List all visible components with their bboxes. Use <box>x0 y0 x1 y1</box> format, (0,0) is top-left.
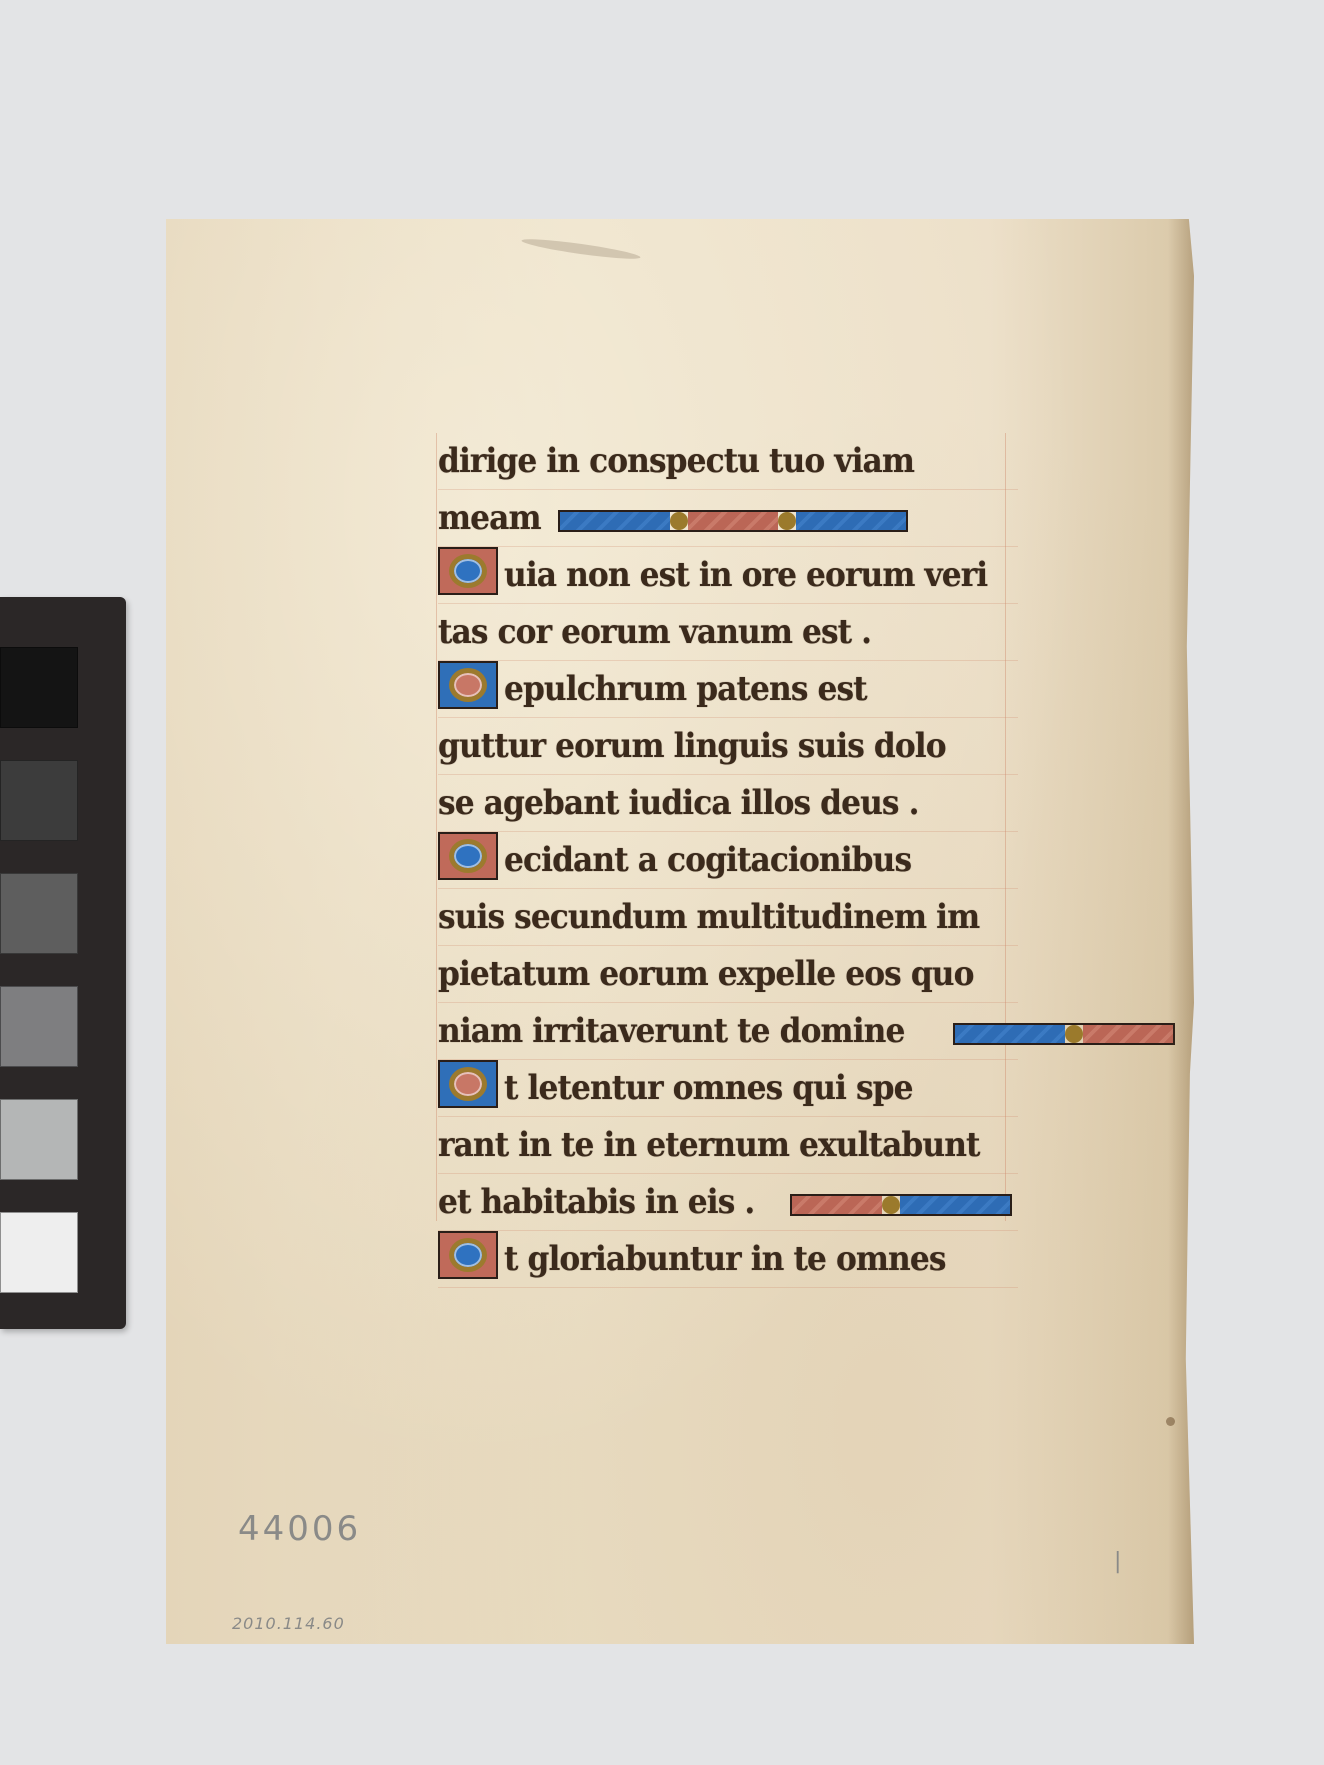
manuscript-line: tas cor eorum vanum est . <box>438 604 1018 661</box>
initial-gold-letterform-icon <box>449 1067 487 1101</box>
manuscript-line: uia non est in ore eorum veri <box>438 547 1018 604</box>
line-filler-ornament <box>558 510 908 532</box>
initial-gold-letterform-icon <box>449 1238 487 1272</box>
illuminated-initial-s <box>438 661 498 709</box>
scale-patch-mid-dark-grey <box>0 873 78 954</box>
manuscript-leaf: dirige in conspectu tuo viammeamuia non … <box>166 219 1194 1644</box>
manuscript-line: t letentur omnes qui spe <box>438 1060 1018 1117</box>
pencil-margin-mark: | <box>1114 1549 1121 1574</box>
illuminated-initial-d <box>438 832 498 880</box>
manuscript-line-text: t letentur omnes qui spe <box>504 1068 913 1108</box>
illuminated-initial-e <box>438 1060 498 1108</box>
manuscript-line-text: se agebant iudica illos deus . <box>438 783 919 823</box>
manuscript-line-text: ecidant a cogitacionibus <box>504 840 911 880</box>
initial-gold-letterform-icon <box>449 839 487 873</box>
pencil-object-number: 2010.114.60 <box>232 1614 345 1633</box>
manuscript-line: t gloriabuntur in te omnes <box>438 1231 1018 1288</box>
manuscript-line-text: suis secundum multitudinem im <box>438 897 979 937</box>
illuminated-initial-q <box>438 547 498 595</box>
manuscript-text-block: dirige in conspectu tuo viammeamuia non … <box>438 433 1018 1288</box>
manuscript-line-text: t gloriabuntur in te omnes <box>504 1239 946 1279</box>
illuminated-initial-e <box>438 1231 498 1279</box>
greyscale-calibration-card <box>0 597 126 1329</box>
manuscript-line: dirige in conspectu tuo viam <box>438 433 1018 490</box>
manuscript-line-text: niam irritaverunt te domine <box>438 1011 904 1051</box>
scale-patch-white <box>0 1212 78 1293</box>
manuscript-line: rant in te in eternum exultabunt <box>438 1117 1018 1174</box>
manuscript-line: epulchrum patens est <box>438 661 1018 718</box>
scale-patch-dark-grey <box>0 760 78 841</box>
manuscript-line-text: rant in te in eternum exultabunt <box>438 1125 980 1165</box>
manuscript-line-text: tas cor eorum vanum est . <box>438 612 871 652</box>
manuscript-line-text: dirige in conspectu tuo viam <box>438 441 914 481</box>
manuscript-line-text: meam <box>438 498 541 538</box>
scale-patch-mid-grey <box>0 986 78 1067</box>
manuscript-line: ecidant a cogitacionibus <box>438 832 1018 889</box>
manuscript-line: se agebant iudica illos deus . <box>438 775 1018 832</box>
manuscript-line: et habitabis in eis . <box>438 1174 1018 1231</box>
manuscript-line: guttur eorum linguis suis dolo <box>438 718 1018 775</box>
line-filler-ornament <box>790 1194 1012 1216</box>
initial-gold-letterform-icon <box>449 668 487 702</box>
pencil-accession-number: 44006 <box>238 1509 361 1549</box>
manuscript-line: pietatum eorum expelle eos quo <box>438 946 1018 1003</box>
manuscript-line-text: guttur eorum linguis suis dolo <box>438 726 946 766</box>
scale-patch-light-grey <box>0 1099 78 1180</box>
manuscript-line: suis secundum multitudinem im <box>438 889 1018 946</box>
manuscript-line-text: uia non est in ore eorum veri <box>504 555 987 595</box>
initial-gold-letterform-icon <box>449 554 487 588</box>
manuscript-line-text: epulchrum patens est <box>504 669 867 709</box>
scale-patch-black <box>0 647 78 728</box>
manuscript-line: meam <box>438 490 1018 547</box>
manuscript-line-text: pietatum eorum expelle eos quo <box>438 954 974 994</box>
manuscript-line: niam irritaverunt te domine <box>438 1003 1018 1060</box>
line-filler-ornament <box>953 1023 1175 1045</box>
manuscript-line-text: et habitabis in eis . <box>438 1182 754 1222</box>
